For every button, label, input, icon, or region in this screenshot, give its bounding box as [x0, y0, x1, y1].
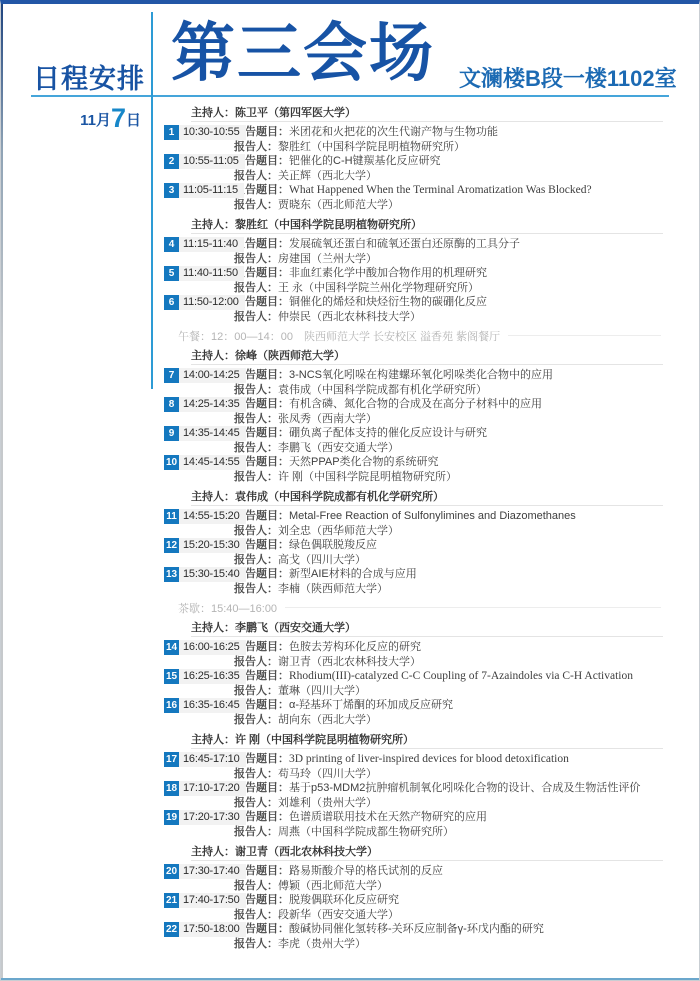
- talk-speaker-line: 报告人：张凤秀（西南大学）: [234, 412, 669, 427]
- talk-title-line: 报告题目：米团花和火把花的次生代谢产物与生物功能: [234, 125, 669, 140]
- talk-title-line: 报告题目：酸碱协同催化氢转移-关环反应制备γ-环戊内酯的研究: [234, 922, 669, 937]
- chair-name: 黎胜红（中国科学院昆明植物研究所）: [235, 219, 422, 231]
- talk-speaker-line: 报告人：苟马玲（四川大学）: [234, 767, 669, 782]
- talk-title-line: 报告题目：3D printing of liver-inspired devic…: [234, 752, 669, 767]
- talk-title: α-羟基环丁烯酮的环加成反应研究: [289, 699, 453, 711]
- talk-head: 1616:35-16:45: [164, 698, 246, 713]
- speaker-label: 报告人：: [234, 442, 278, 454]
- talk-head: 1416:00-16:25: [164, 640, 246, 655]
- talk-number-badge: 1: [164, 125, 179, 140]
- talk-time: 15:30-15:40: [179, 567, 246, 582]
- break-row: 茶歇：15:40—16:00: [162, 600, 669, 615]
- chair-divider: [191, 121, 663, 122]
- date-unit: 日: [126, 112, 141, 129]
- talk-row: 1315:30-15:40报告题目：新型AIE材料的合成与应用报告人：李楠（陕西…: [162, 567, 669, 596]
- talk-time: 17:50-18:00: [179, 922, 246, 937]
- talk-speaker-line: 报告人：高戈（四川大学）: [234, 553, 669, 568]
- talk-speaker-line: 报告人：段新华（西安交通大学）: [234, 908, 669, 923]
- talk-time: 17:20-17:30: [179, 810, 246, 825]
- talk-number-badge: 5: [164, 266, 179, 281]
- talk-title-line: 报告题目：Metal-Free Reaction of Sulfonylimin…: [234, 509, 669, 524]
- chair-name: 徐峰（陕西师范大学）: [235, 350, 345, 362]
- talk-title: 钯催化的C-H键羰基化反应研究: [289, 155, 441, 167]
- talk-number-badge: 22: [164, 922, 179, 937]
- talk-number-badge: 11: [164, 509, 179, 524]
- talk-number-badge: 17: [164, 752, 179, 767]
- speaker-label: 报告人：: [234, 554, 278, 566]
- talk-number-badge: 7: [164, 368, 179, 383]
- talk-head: 110:30-10:55: [164, 125, 246, 140]
- talk-head: 1817:10-17:20: [164, 781, 246, 796]
- talk-head: 411:15-11:40: [164, 237, 244, 252]
- talk-number-badge: 18: [164, 781, 179, 796]
- talk-title: 非血红素化学中酸加合物作用的机理研究: [289, 267, 487, 279]
- event-date: 11月7日: [26, 102, 141, 137]
- talk-row: 814:25-14:35报告题目：有机含磷、氮化合物的合成及在高分子材料中的应用…: [162, 397, 669, 426]
- talk-speaker-line: 报告人：李鹏飞（西安交通大学）: [234, 441, 669, 456]
- talk-title-line: 报告题目：有机含磷、氮化合物的合成及在高分子材料中的应用: [234, 397, 669, 412]
- talk-number-badge: 8: [164, 397, 179, 412]
- speaker-name: 许 刚（中国科学院昆明植物研究所）: [278, 471, 457, 483]
- chair-row: 主持人：陈卫平（第四军医大学）: [162, 105, 669, 121]
- talk-row: 1917:20-17:30报告题目：色谱质谱联用技术在天然产物研究的应用报告人：…: [162, 810, 669, 839]
- talk-title-line: 报告题目：α-羟基环丁烯酮的环加成反应研究: [234, 698, 669, 713]
- chair-row: 主持人：袁伟成（中国科学院成都有机化学研究所）: [162, 489, 669, 505]
- talk-speaker-line: 报告人：周燕（中国科学院成都生物研究所）: [234, 825, 669, 840]
- talk-speaker-line: 报告人：刘雄利（贵州大学）: [234, 796, 669, 811]
- talk-time: 10:55-11:05: [179, 154, 245, 169]
- talk-speaker-line: 报告人：傅颖（西北师范大学）: [234, 879, 669, 894]
- talk-title-line: 报告题目：绿色偶联脱羧反应: [234, 538, 669, 553]
- chair-label: 主持人：: [191, 846, 235, 858]
- talk-speaker-line: 报告人：仲崇民（西北农林科技大学）: [234, 310, 669, 325]
- break-row: 午餐：12：00—14：00 陕西师范大学 长安校区 溢香苑 紫阁餐厅: [162, 328, 669, 343]
- talk-time: 11:05-11:15: [179, 183, 244, 198]
- talk-time: 14:00-14:25: [179, 368, 246, 383]
- talk-title: 基于p53-MDM2抗肿瘤机制氧化吲哚化合物的设计、合成及生物活性评价: [289, 782, 640, 794]
- chair-row: 主持人：谢卫青（西北农林科技大学）: [162, 844, 669, 860]
- talk-time: 14:45-14:55: [179, 455, 246, 470]
- talk-row: 210:55-11:05报告题目：钯催化的C-H键羰基化反应研究报告人：关正辉（…: [162, 154, 669, 183]
- talk-speaker-line: 报告人：关正辉（西北大学）: [234, 169, 669, 184]
- talk-title: 绿色偶联脱羧反应: [289, 539, 377, 551]
- talk-head: 1315:30-15:40: [164, 567, 246, 582]
- speaker-label: 报告人：: [234, 768, 278, 780]
- session-block: 主持人：谢卫青（西北农林科技大学）2017:30-17:40报告题目：路易斯酸介…: [162, 844, 669, 951]
- program-list: 主持人：陈卫平（第四军医大学）110:30-10:55报告题目：米团花和火把花的…: [162, 100, 669, 951]
- talk-row: 1516:25-16:35报告题目：Rhodium(III)-catalyzed…: [162, 669, 669, 698]
- talk-head: 2117:40-17:50: [164, 893, 246, 908]
- talk-time: 10:30-10:55: [179, 125, 246, 140]
- talk-title: 米团花和火把花的次生代谢产物与生物功能: [289, 126, 498, 138]
- date-day: 7: [111, 103, 126, 133]
- speaker-label: 报告人：: [234, 282, 278, 294]
- session-block: 主持人：徐峰（陕西师范大学）714:00-14:25报告题目：3-NCS氧化吲哚…: [162, 348, 669, 484]
- talk-number-badge: 10: [164, 455, 179, 470]
- talk-title-line: 报告题目：铜催化的烯烃和炔烃衍生物的碳硼化反应: [234, 295, 669, 310]
- chair-divider: [191, 860, 663, 861]
- talk-number-badge: 15: [164, 669, 179, 684]
- speaker-name: 李鹏飞（西安交通大学）: [278, 442, 399, 454]
- talk-speaker-line: 报告人：胡向东（西北大学）: [234, 713, 669, 728]
- schedule-label: 日程安排: [33, 57, 145, 96]
- talk-time: 17:30-17:40: [179, 864, 246, 879]
- talk-speaker-line: 报告人：谢卫青（西北农林科技大学）: [234, 655, 669, 670]
- talk-head: 1716:45-17:10: [164, 752, 246, 767]
- chair-label: 主持人：: [191, 734, 235, 746]
- break-rule: [285, 607, 661, 608]
- talk-row: 1817:10-17:20报告题目：基于p53-MDM2抗肿瘤机制氧化吲哚化合物…: [162, 781, 669, 810]
- chair-row: 主持人：许 刚（中国科学院昆明植物研究所）: [162, 732, 669, 748]
- talk-title: 3D printing of liver-inspired devices fo…: [289, 753, 569, 765]
- talk-time: 14:25-14:35: [179, 397, 246, 412]
- talk-speaker-line: 报告人：黎胜红（中国科学院昆明植物研究所）: [234, 140, 669, 155]
- talk-time: 14:35-14:45: [179, 426, 246, 441]
- speaker-label: 报告人：: [234, 656, 278, 668]
- speaker-name: 贾晓东（西北师范大学）: [278, 199, 399, 211]
- break-rule: [508, 335, 661, 336]
- date-month: 11月: [80, 112, 111, 129]
- talk-head: 1917:20-17:30: [164, 810, 246, 825]
- chair-row: 主持人：李鹏飞（西安交通大学）: [162, 620, 669, 636]
- talk-title-line: 报告题目：非血红素化学中酸加合物作用的机理研究: [234, 266, 669, 281]
- talk-row: 1716:45-17:10报告题目：3D printing of liver-i…: [162, 752, 669, 781]
- talk-head: 511:40-11:50: [164, 266, 244, 281]
- speaker-name: 关正辉（西北大学）: [278, 170, 377, 182]
- talk-row: 311:05-11:15报告题目：What Happened When the …: [162, 183, 669, 212]
- talk-title-line: 报告题目：色谱质谱联用技术在天然产物研究的应用: [234, 810, 669, 825]
- talk-speaker-line: 报告人：许 刚（中国科学院昆明植物研究所）: [234, 470, 669, 485]
- talk-title: 色胺去芳构环化反应的研究: [289, 641, 421, 653]
- program-page: 日程安排 第三会场 文澜楼B段一楼1102室 11月7日 主持人：陈卫平（第四军…: [0, 0, 700, 981]
- talk-title: Rhodium(III)-catalyzed C-C Coupling of 7…: [289, 670, 633, 682]
- talk-title-line: 报告题目：色胺去芳构环化反应的研究: [234, 640, 669, 655]
- talk-number-badge: 12: [164, 538, 179, 553]
- chair-label: 主持人：: [191, 350, 235, 362]
- talk-title: What Happened When the Terminal Aromatiz…: [289, 184, 592, 196]
- talk-title: Metal-Free Reaction of Sulfonylimines an…: [289, 510, 576, 522]
- talk-speaker-line: 报告人：李虎（贵州大学）: [234, 937, 669, 952]
- speaker-name: 周燕（中国科学院成都生物研究所）: [278, 826, 454, 838]
- chair-divider: [191, 748, 663, 749]
- talk-number-badge: 9: [164, 426, 179, 441]
- talk-head: 814:25-14:35: [164, 397, 246, 412]
- talk-title-line: 报告题目：天然PPAP类化合物的系统研究: [234, 455, 669, 470]
- talk-row: 511:40-11:50报告题目：非血红素化学中酸加合物作用的机理研究报告人：王…: [162, 266, 669, 295]
- talk-head: 210:55-11:05: [164, 154, 245, 169]
- chair-label: 主持人：: [191, 107, 235, 119]
- talk-number-badge: 19: [164, 810, 179, 825]
- session-block: 主持人：李鹏飞（西安交通大学）1416:00-16:25报告题目：色胺去芳构环化…: [162, 620, 669, 727]
- talk-title: 酸碱协同催化氢转移-关环反应制备γ-环戊内酯的研究: [289, 923, 544, 935]
- talk-time: 11:40-11:50: [179, 266, 244, 281]
- talk-row: 1014:45-14:55报告题目：天然PPAP类化合物的系统研究报告人：许 刚…: [162, 455, 669, 484]
- talk-row: 611:50-12:00报告题目：铜催化的烯烃和炔烃衍生物的碳硼化反应报告人：仲…: [162, 295, 669, 324]
- talk-title-line: 报告题目：硼负离子配体支持的催化反应设计与研究: [234, 426, 669, 441]
- speaker-label: 报告人：: [234, 880, 278, 892]
- speaker-label: 报告人：: [234, 938, 278, 950]
- break-text: 午餐：12：00—14：00 陕西师范大学 长安校区 溢香苑 紫阁餐厅: [178, 328, 500, 344]
- talk-head: 1014:45-14:55: [164, 455, 246, 470]
- speaker-name: 王 永（中国科学院兰州化学物理研究所）: [278, 282, 479, 294]
- chair-divider: [191, 505, 663, 506]
- talk-head: 1215:20-15:30: [164, 538, 246, 553]
- talk-title-line: 报告题目：脱羧偶联环化反应研究: [234, 893, 669, 908]
- speaker-name: 傅颖（西北师范大学）: [278, 880, 388, 892]
- talk-title-line: 报告题目：基于p53-MDM2抗肿瘤机制氧化吲哚化合物的设计、合成及生物活性评价: [234, 781, 669, 796]
- talk-title-line: 报告题目：发展硫氧还蛋白和硫氧还蛋白还原酶的工具分子: [234, 237, 669, 252]
- talk-head: 2017:30-17:40: [164, 864, 246, 879]
- talk-title: 有机含磷、氮化合物的合成及在高分子材料中的应用: [289, 398, 542, 410]
- talk-title-line: 报告题目：钯催化的C-H键羰基化反应研究: [234, 154, 669, 169]
- chair-name: 谢卫青（西北农林科技大学）: [235, 846, 378, 858]
- talk-head: 714:00-14:25: [164, 368, 246, 383]
- talk-row: 411:15-11:40报告题目：发展硫氧还蛋白和硫氧还蛋白还原酶的工具分子报告…: [162, 237, 669, 266]
- talk-head: 611:50-12:00: [164, 295, 245, 310]
- talk-number-badge: 14: [164, 640, 179, 655]
- talk-time: 15:20-15:30: [179, 538, 246, 553]
- talk-time: 17:40-17:50: [179, 893, 246, 908]
- speaker-label: 报告人：: [234, 826, 278, 838]
- speaker-label: 报告人：: [234, 141, 278, 153]
- talk-title-line: 报告题目：What Happened When the Terminal Aro…: [234, 183, 669, 198]
- chair-label: 主持人：: [191, 622, 235, 634]
- venue-location: 文澜楼B段一楼1102室: [459, 62, 677, 93]
- talk-speaker-line: 报告人：李楠（陕西师范大学）: [234, 582, 669, 597]
- talk-title: 色谱质谱联用技术在天然产物研究的应用: [289, 811, 487, 823]
- talk-speaker-line: 报告人：董琳（四川大学）: [234, 684, 669, 699]
- talk-time: 11:15-11:40: [179, 237, 244, 252]
- talk-head: 914:35-14:45: [164, 426, 246, 441]
- talk-time: 16:00-16:25: [179, 640, 246, 655]
- talk-title-line: 报告题目：路易斯酸介导的格氏试剂的反应: [234, 864, 669, 879]
- talk-number-badge: 3: [164, 183, 179, 198]
- talk-title-line: 报告题目：3-NCS氧化吲哚在构建螺环氧化吲哚类化合物中的应用: [234, 368, 669, 383]
- speaker-name: 高戈（四川大学）: [278, 554, 366, 566]
- break-text: 茶歇：15:40—16:00: [178, 600, 277, 616]
- talk-title-line: 报告题目：新型AIE材料的合成与应用: [234, 567, 669, 582]
- speaker-label: 报告人：: [234, 413, 278, 425]
- talk-row: 1114:55-15:20报告题目：Metal-Free Reaction of…: [162, 509, 669, 538]
- talk-title: 天然PPAP类化合物的系统研究: [289, 456, 439, 468]
- talk-row: 1416:00-16:25报告题目：色胺去芳构环化反应的研究报告人：谢卫青（西北…: [162, 640, 669, 669]
- chair-name: 陈卫平（第四军医大学）: [235, 107, 356, 119]
- talk-head: 1114:55-15:20: [164, 509, 246, 524]
- speaker-name: 谢卫青（西北农林科技大学）: [278, 656, 421, 668]
- talk-time: 11:50-12:00: [179, 295, 245, 310]
- talk-speaker-line: 报告人：房建国（兰州大学）: [234, 252, 669, 267]
- session-block: 主持人：陈卫平（第四军医大学）110:30-10:55报告题目：米团花和火把花的…: [162, 105, 669, 212]
- talk-time: 16:25-16:35: [179, 669, 246, 684]
- header-rule: [31, 95, 669, 97]
- speaker-name: 刘全忠（西华师范大学）: [278, 525, 399, 537]
- talk-row: 2017:30-17:40报告题目：路易斯酸介导的格氏试剂的反应报告人：傅颖（西…: [162, 864, 669, 893]
- chair-divider: [191, 233, 663, 234]
- speaker-label: 报告人：: [234, 384, 278, 396]
- speaker-name: 刘雄利（贵州大学）: [278, 797, 377, 809]
- speaker-name: 房建国（兰州大学）: [278, 253, 377, 265]
- talk-row: 1215:20-15:30报告题目：绿色偶联脱羧反应报告人：高戈（四川大学）: [162, 538, 669, 567]
- talk-title: 脱羧偶联环化反应研究: [289, 894, 399, 906]
- talk-speaker-line: 报告人：王 永（中国科学院兰州化学物理研究所）: [234, 281, 669, 296]
- talk-row: 2217:50-18:00报告题目：酸碱协同催化氢转移-关环反应制备γ-环戊内酯…: [162, 922, 669, 951]
- talk-head: 1516:25-16:35: [164, 669, 246, 684]
- chair-name: 袁伟成（中国科学院成都有机化学研究所）: [235, 491, 444, 503]
- chair-label: 主持人：: [191, 219, 235, 231]
- speaker-label: 报告人：: [234, 714, 278, 726]
- chair-name: 许 刚（中国科学院昆明植物研究所）: [235, 734, 414, 746]
- talk-row: 714:00-14:25报告题目：3-NCS氧化吲哚在构建螺环氧化吲哚类化合物中…: [162, 368, 669, 397]
- talk-time: 16:35-16:45: [179, 698, 246, 713]
- talk-number-badge: 6: [164, 295, 179, 310]
- speaker-label: 报告人：: [234, 685, 278, 697]
- talk-time: 17:10-17:20: [179, 781, 246, 796]
- talk-title: 硼负离子配体支持的催化反应设计与研究: [289, 427, 487, 439]
- talk-title: 路易斯酸介导的格氏试剂的反应: [289, 865, 443, 877]
- talk-number-badge: 21: [164, 893, 179, 908]
- talk-row: 1616:35-16:45报告题目：α-羟基环丁烯酮的环加成反应研究报告人：胡向…: [162, 698, 669, 727]
- talk-row: 110:30-10:55报告题目：米团花和火把花的次生代谢产物与生物功能报告人：…: [162, 125, 669, 154]
- talk-speaker-line: 报告人：贾晓东（西北师范大学）: [234, 198, 669, 213]
- session-block: 主持人：许 刚（中国科学院昆明植物研究所）1716:45-17:10报告题目：3…: [162, 732, 669, 839]
- talk-number-badge: 20: [164, 864, 179, 879]
- chair-divider: [191, 636, 663, 637]
- talk-title: 发展硫氧还蛋白和硫氧还蛋白还原酶的工具分子: [289, 238, 520, 250]
- chair-name: 李鹏飞（西安交通大学）: [235, 622, 356, 634]
- venue-title: 第三会场: [171, 14, 435, 92]
- speaker-label: 报告人：: [234, 170, 278, 182]
- column-divider: [151, 12, 153, 389]
- speaker-name: 仲崇民（西北农林科技大学）: [278, 311, 421, 323]
- chair-divider: [191, 364, 663, 365]
- talk-title-line: 报告题目：Rhodium(III)-catalyzed C-C Coupling…: [234, 669, 669, 684]
- speaker-name: 张凤秀（西南大学）: [278, 413, 377, 425]
- talk-time: 14:55-15:20: [179, 509, 246, 524]
- speaker-name: 李虎（贵州大学）: [278, 938, 366, 950]
- talk-speaker-line: 报告人：刘全忠（西华师范大学）: [234, 524, 669, 539]
- chair-label: 主持人：: [191, 491, 235, 503]
- talk-number-badge: 16: [164, 698, 179, 713]
- speaker-label: 报告人：: [234, 471, 278, 483]
- speaker-name: 苟马玲（四川大学）: [278, 768, 377, 780]
- talk-row: 914:35-14:45报告题目：硼负离子配体支持的催化反应设计与研究报告人：李…: [162, 426, 669, 455]
- talk-title: 新型AIE材料的合成与应用: [289, 568, 417, 580]
- speaker-label: 报告人：: [234, 311, 278, 323]
- speaker-label: 报告人：: [234, 199, 278, 211]
- speaker-name: 李楠（陕西师范大学）: [278, 583, 388, 595]
- speaker-label: 报告人：: [234, 797, 278, 809]
- session-block: 主持人：黎胜红（中国科学院昆明植物研究所）411:15-11:40报告题目：发展…: [162, 217, 669, 324]
- speaker-label: 报告人：: [234, 909, 278, 921]
- speaker-name: 董琳（四川大学）: [278, 685, 366, 697]
- speaker-label: 报告人：: [234, 583, 278, 595]
- talk-number-badge: 2: [164, 154, 179, 169]
- session-block: 主持人：袁伟成（中国科学院成都有机化学研究所）1114:55-15:20报告题目…: [162, 489, 669, 596]
- talk-title: 铜催化的烯烃和炔烃衍生物的碳硼化反应: [289, 296, 487, 308]
- talk-row: 2117:40-17:50报告题目：脱羧偶联环化反应研究报告人：段新华（西安交通…: [162, 893, 669, 922]
- speaker-label: 报告人：: [234, 253, 278, 265]
- talk-head: 2217:50-18:00: [164, 922, 246, 937]
- talk-number-badge: 4: [164, 237, 179, 252]
- speaker-label: 报告人：: [234, 525, 278, 537]
- chair-row: 主持人：黎胜红（中国科学院昆明植物研究所）: [162, 217, 669, 233]
- talk-head: 311:05-11:15: [164, 183, 244, 198]
- talk-title: 3-NCS氧化吲哚在构建螺环氧化吲哚类化合物中的应用: [289, 369, 553, 381]
- talk-number-badge: 13: [164, 567, 179, 582]
- talk-time: 16:45-17:10: [179, 752, 246, 767]
- chair-row: 主持人：徐峰（陕西师范大学）: [162, 348, 669, 364]
- speaker-name: 黎胜红（中国科学院昆明植物研究所）: [278, 141, 465, 153]
- speaker-name: 段新华（西安交通大学）: [278, 909, 399, 921]
- speaker-name: 袁伟成（中国科学院成都有机化学研究所）: [278, 384, 487, 396]
- speaker-name: 胡向东（西北大学）: [278, 714, 377, 726]
- talk-speaker-line: 报告人：袁伟成（中国科学院成都有机化学研究所）: [234, 383, 669, 398]
